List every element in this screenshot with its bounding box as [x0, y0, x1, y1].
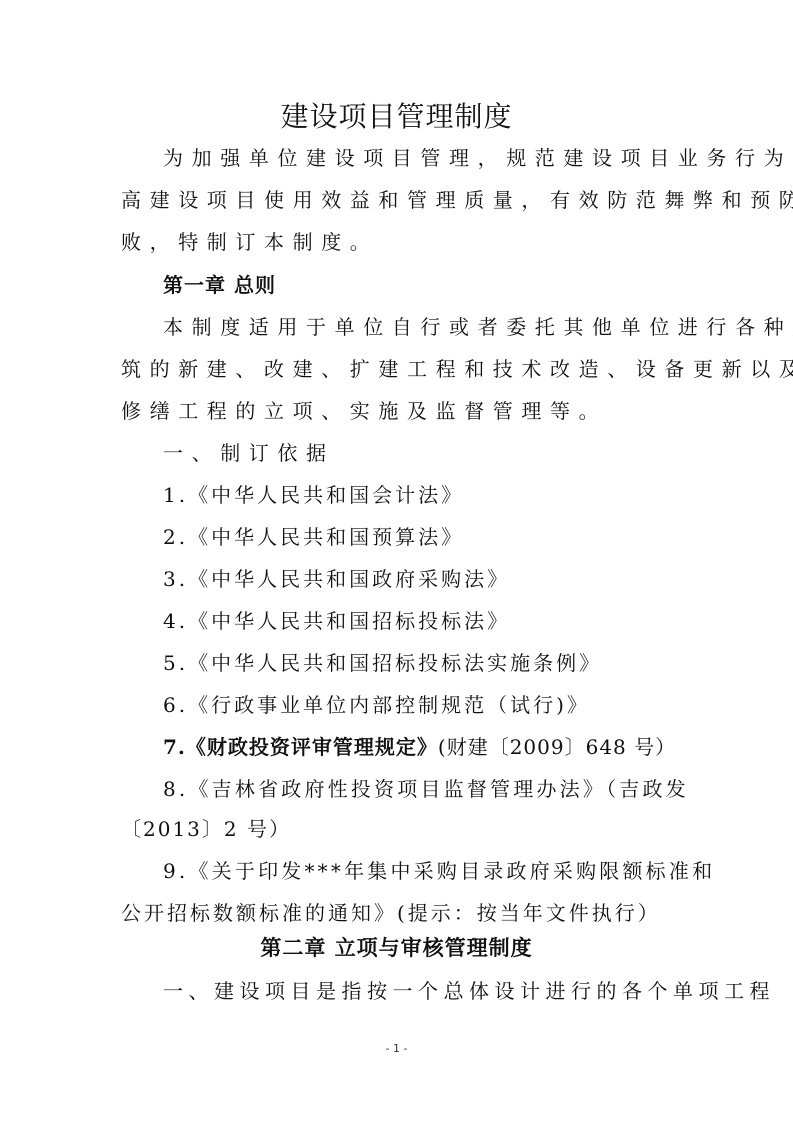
scope-line-2: 筑的新建、改建、扩建工程和技术改造、设备更新以及大型 — [121, 355, 673, 383]
basis-item-8-line-2: 〔2013〕2 号） — [121, 815, 673, 843]
chapter2-first-line: 一、建设项目是指按一个总体设计进行的各个单项工程 — [121, 977, 673, 1005]
basis-item-9-line-2: 公开招标数额标准的通知》(提示：按当年文件执行） — [121, 899, 673, 927]
scope-line-1: 本制度适用于单位自行或者委托其他单位进行各种建 — [121, 313, 673, 341]
basis-item-8-line-1: 8.《吉林省政府性投资项目监督管理办法》（吉政发 — [121, 775, 673, 803]
intro-line-1: 为加强单位建设项目管理，规范建设项目业务行为，提 — [121, 144, 673, 172]
scope-line-3: 修缮工程的立项、实施及监督管理等。 — [121, 397, 673, 425]
basis-item-7-title: 7.《财政投资评审管理规定》 — [163, 735, 438, 759]
basis-item-7: 7.《财政投资评审管理规定》(财建〔2009〕648 号） — [121, 733, 673, 761]
document-page: 建设项目管理制度 为加强单位建设项目管理，规范建设项目业务行为，提 高建设项目使… — [0, 0, 793, 1122]
basis-item-6: 6.《行政事业单位内部控制规范（试行)》 — [121, 691, 673, 719]
basis-item-5: 5.《中华人民共和国招标投标法实施条例》 — [121, 649, 673, 677]
document-title: 建设项目管理制度 — [0, 100, 793, 134]
section1-heading: 一、制订依据 — [121, 439, 673, 467]
basis-item-3: 3.《中华人民共和国政府采购法》 — [121, 565, 673, 593]
basis-item-1: 1.《中华人民共和国会计法》 — [121, 481, 673, 509]
basis-item-9-line-1: 9.《关于印发***年集中采购目录政府采购限额标准和 — [121, 857, 673, 885]
basis-item-2: 2.《中华人民共和国预算法》 — [121, 523, 673, 551]
chapter2-heading: 第二章 立项与审核管理制度 — [0, 934, 793, 962]
intro-line-2: 高建设项目使用效益和管理质量，有效防范舞弊和预防腐 — [121, 186, 673, 214]
basis-item-7-ref: (财建〔2009〕648 号） — [438, 735, 676, 759]
intro-line-3: 败，特制订本制度。 — [121, 228, 673, 256]
chapter1-heading: 第一章 总则 — [121, 271, 673, 299]
basis-item-4: 4.《中华人民共和国招标投标法》 — [121, 607, 673, 635]
page-number: - 1 - — [0, 1042, 793, 1055]
